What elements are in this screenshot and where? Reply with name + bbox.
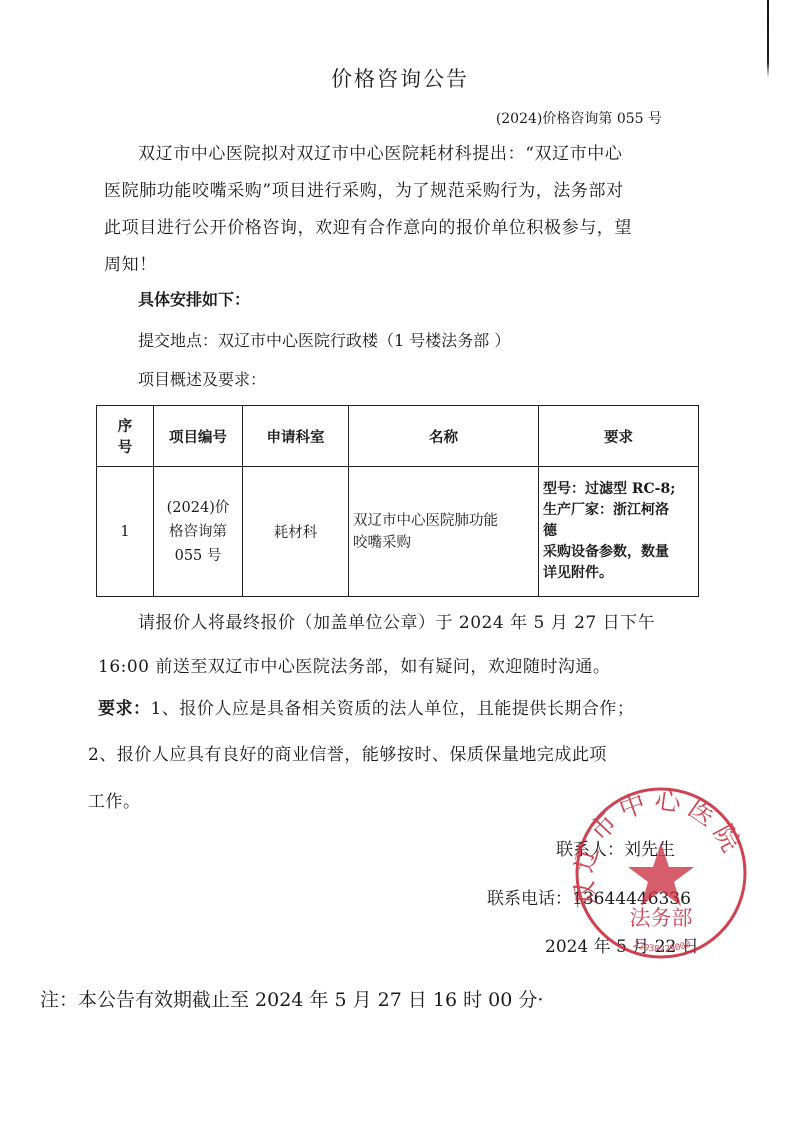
header-requirements: 要求 <box>539 406 699 467</box>
requirements-label: 要求： <box>98 699 151 719</box>
signature-date: 2024 年 5 月 22 日 <box>545 932 699 957</box>
intro-line-4: 周知！ <box>104 250 157 275</box>
cell-department: 耗材科 <box>243 467 349 597</box>
arrangement-heading: 具体安排如下： <box>138 287 250 310</box>
requirement-1-line: 要求：1、报价人应是具备相关资质的法人单位，且能提供长期合作； <box>98 694 634 719</box>
table-row: 1 (2024)价 格咨询第 055 号 耗材科 双辽市中心医院肺功能 咬嘴采购… <box>97 467 699 597</box>
cell-project-code: (2024)价 格咨询第 055 号 <box>154 467 243 597</box>
submission-location: 提交地点：双辽市中心医院行政楼（1 号楼法务部 ） <box>138 328 510 351</box>
header-name: 名称 <box>349 406 539 467</box>
requirement-1: 1、报价人应是具备相关资质的法人单位，且能提供长期合作； <box>151 699 635 719</box>
quote-line-2: 16:00 前送至双辽市中心医院法务部，如有疑问，欢迎随时沟通。 <box>98 652 610 677</box>
cell-seq: 1 <box>97 467 154 597</box>
document-number: (2024)价格咨询第 055 号 <box>496 108 662 128</box>
overview-heading: 项目概述及要求： <box>138 367 266 390</box>
validity-note: 注：本公告有效期截止至 2024 年 5 月 27 日 16 时 00 分· <box>40 985 543 1012</box>
svg-text:法务部: 法务部 <box>630 906 693 930</box>
intro-line-3: 此项目进行公开价格咨询，欢迎有合作意向的报价单位积极参与，望 <box>104 213 632 238</box>
cell-name: 双辽市中心医院肺功能 咬嘴采购 <box>349 467 539 597</box>
header-seq: 序 号 <box>97 406 154 467</box>
requirement-2-line-1: 2、报价人应具有良好的商业信誉，能够按时、保质保量地完成此项 <box>88 740 607 765</box>
cell-requirements: 型号：过滤型 RC-8; 生产厂家：浙江柯洛 德 采购设备参数，数量 详见附件。 <box>539 467 699 597</box>
contact-person: 联系人：刘先生 <box>556 835 675 860</box>
page-title: 价格咨询公告 <box>0 63 800 93</box>
intro-line-1: 双辽市中心医院拟对双辽市中心医院耗材科提出：“双辽市中心 <box>138 139 623 164</box>
quote-line-1: 请报价人将最终报价（加盖单位公章）于 2024 年 5 月 27 日下午 <box>138 608 655 633</box>
header-department: 申请科室 <box>243 406 349 467</box>
intro-line-2: 医院肺功能咬嘴采购”项目进行采购，为了规范采购行为，法务部对 <box>104 176 624 201</box>
project-table: 序 号 项目编号 申请科室 名称 要求 1 (2024)价 格咨询第 055 号… <box>96 405 699 597</box>
contact-phone: 联系电话：13644446336 <box>487 884 691 909</box>
table-header-row: 序 号 项目编号 申请科室 名称 要求 <box>97 406 699 467</box>
requirement-2-line-2: 工作。 <box>88 787 141 812</box>
header-project-code: 项目编号 <box>154 406 243 467</box>
